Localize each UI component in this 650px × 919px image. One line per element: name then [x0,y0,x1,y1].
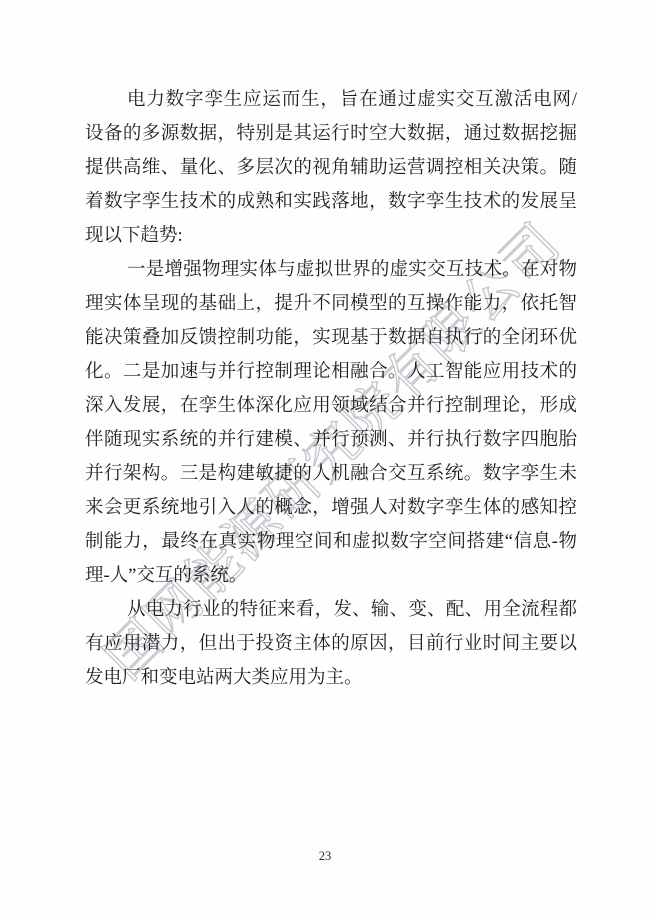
text-line: 伴随现实系统的并行建模、并行预测、并行执行数字四胞胎 [85,423,577,457]
text-line: 发电厂和变电站两大类应用为主。 [85,661,577,695]
text-line: 现以下趋势: [85,219,577,253]
text-line: 制能力，最终在真实物理空间和虚拟数字空间搭建“信息-物 [85,525,577,559]
text-line: 有应用潜力，但出于投资主体的原因，目前行业时间主要以 [85,627,577,661]
text-line: 理-人”交互的系统。 [85,559,577,593]
text-line: 来会更系统地引入人的概念，增强人对数字孪生体的感知控 [85,491,577,525]
text-line: 并行架构。三是构建敏捷的人机融合交互系统。数字孪生未 [85,457,577,491]
text-line: 理实体呈现的基础上，提升不同模型的互操作能力，依托智 [85,287,577,321]
text-line: 能决策叠加反馈控制功能，实现基于数据自执行的全闭环优 [85,321,577,355]
text-line: 深入发展，在孪生体深化应用领域结合并行控制理论，形成 [85,389,577,423]
paragraph: 从电力行业的特征来看，发、输、变、配、用全流程都有应用潜力，但出于投资主体的原因… [85,593,577,695]
text-line: 着数字孪生技术的成熟和实践落地，数字孪生技术的发展呈 [85,185,577,219]
text-line: 从电力行业的特征来看，发、输、变、配、用全流程都 [85,593,577,627]
page-number: 23 [0,847,650,865]
document-page: 国网能源研究院有限公司 电力数字孪生应运而生，旨在通过虚实交互激活电网/设备的多… [0,0,650,919]
text-line: 化。二是加速与并行控制理论相融合。人工智能应用技术的 [85,355,577,389]
document-body: 电力数字孪生应运而生，旨在通过虚实交互激活电网/设备的多源数据，特别是其运行时空… [85,83,577,695]
text-line: 设备的多源数据，特别是其运行时空大数据，通过数据挖掘 [85,117,577,151]
text-line: 电力数字孪生应运而生，旨在通过虚实交互激活电网/ [85,83,577,117]
paragraph: 电力数字孪生应运而生，旨在通过虚实交互激活电网/设备的多源数据，特别是其运行时空… [85,83,577,253]
paragraph: 一是增强物理实体与虚拟世界的虚实交互技术。在对物理实体呈现的基础上，提升不同模型… [85,253,577,593]
text-line: 一是增强物理实体与虚拟世界的虚实交互技术。在对物 [85,253,577,287]
text-line: 提供高维、量化、多层次的视角辅助运营调控相关决策。随 [85,151,577,185]
